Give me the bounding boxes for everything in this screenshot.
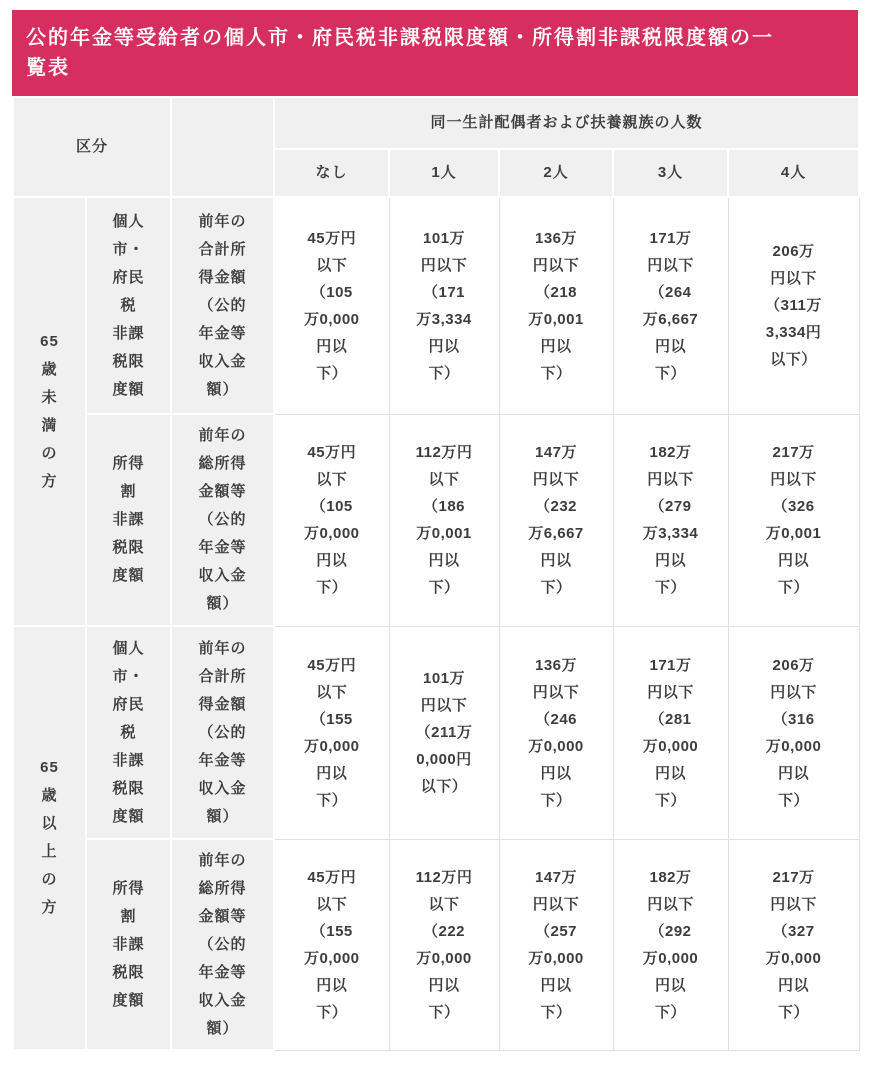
blank-header-cell	[171, 97, 274, 197]
basis-header: 前年の 総所得 金額等 （公的 年金等 収入金 額）	[171, 839, 274, 1050]
age-group-header-over65: 65 歳 以 上 の 方	[13, 626, 86, 1050]
page-content: 公的年金等受給者の個人市・府民税非課税限度額・所得割非課税限度額の一 覧表 区分…	[0, 0, 870, 1051]
value-cell: 182万 円以下 （279 万3,334 円以 下）	[613, 414, 728, 626]
category-header: 個人 市・ 府民 税 非課 税限 度額	[86, 626, 171, 839]
value-cell: 45万円 以下 （105 万0,000 円以 下）	[274, 197, 389, 414]
corner-header-kubun: 区分	[13, 97, 171, 197]
value-cell: 112万円 以下 （222 万0,000 円以 下）	[389, 839, 499, 1050]
value-cell: 45万円 以下 （105 万0,000 円以 下）	[274, 414, 389, 626]
count-header-1: 1人	[389, 149, 499, 197]
age-group-header-under65: 65 歳 未 満 の 方	[13, 197, 86, 626]
value-cell: 101万 円以下 （171 万3,334 円以 下）	[389, 197, 499, 414]
group-header-dependents: 同一生計配偶者および扶養親族の人数	[274, 97, 859, 149]
page-title: 公的年金等受給者の個人市・府民税非課税限度額・所得割非課税限度額の一 覧表	[12, 10, 858, 96]
count-header-3: 3人	[613, 149, 728, 197]
category-header: 所得 割 非課 税限 度額	[86, 414, 171, 626]
value-cell: 112万円 以下 （186 万0,001 円以 下）	[389, 414, 499, 626]
tax-exemption-table: 区分 同一生計配偶者および扶養親族の人数 なし 1人 2人 3人 4人 65 歳…	[12, 96, 860, 1051]
value-cell: 206万 円以下 （316 万0,000 円以 下）	[728, 626, 859, 839]
value-cell: 101万 円以下 （211万 0,000円 以下）	[389, 626, 499, 839]
value-cell: 182万 円以下 （292 万0,000 円以 下）	[613, 839, 728, 1050]
value-cell: 217万 円以下 （327 万0,000 円以 下）	[728, 839, 859, 1050]
count-header-4: 4人	[728, 149, 859, 197]
value-cell: 147万 円以下 （232 万6,667 円以 下）	[499, 414, 613, 626]
value-cell: 136万 円以下 （218 万0,001 円以 下）	[499, 197, 613, 414]
count-header-none: なし	[274, 149, 389, 197]
value-cell: 45万円 以下 （155 万0,000 円以 下）	[274, 839, 389, 1050]
value-cell: 147万 円以下 （257 万0,000 円以 下）	[499, 839, 613, 1050]
basis-header: 前年の 総所得 金額等 （公的 年金等 収入金 額）	[171, 414, 274, 626]
basis-header: 前年の 合計所 得金額 （公的 年金等 収入金 額）	[171, 197, 274, 414]
basis-header: 前年の 合計所 得金額 （公的 年金等 収入金 額）	[171, 626, 274, 839]
value-cell: 45万円 以下 （155 万0,000 円以 下）	[274, 626, 389, 839]
value-cell: 217万 円以下 （326 万0,001 円以 下）	[728, 414, 859, 626]
category-header: 所得 割 非課 税限 度額	[86, 839, 171, 1050]
value-cell: 171万 円以下 （281 万0,000 円以 下）	[613, 626, 728, 839]
value-cell: 206万 円以下 （311万 3,334円 以下）	[728, 197, 859, 414]
value-cell: 136万 円以下 （246 万0,000 円以 下）	[499, 626, 613, 839]
category-header: 個人 市・ 府民 税 非課 税限 度額	[86, 197, 171, 414]
count-header-2: 2人	[499, 149, 613, 197]
value-cell: 171万 円以下 （264 万6,667 円以 下）	[613, 197, 728, 414]
